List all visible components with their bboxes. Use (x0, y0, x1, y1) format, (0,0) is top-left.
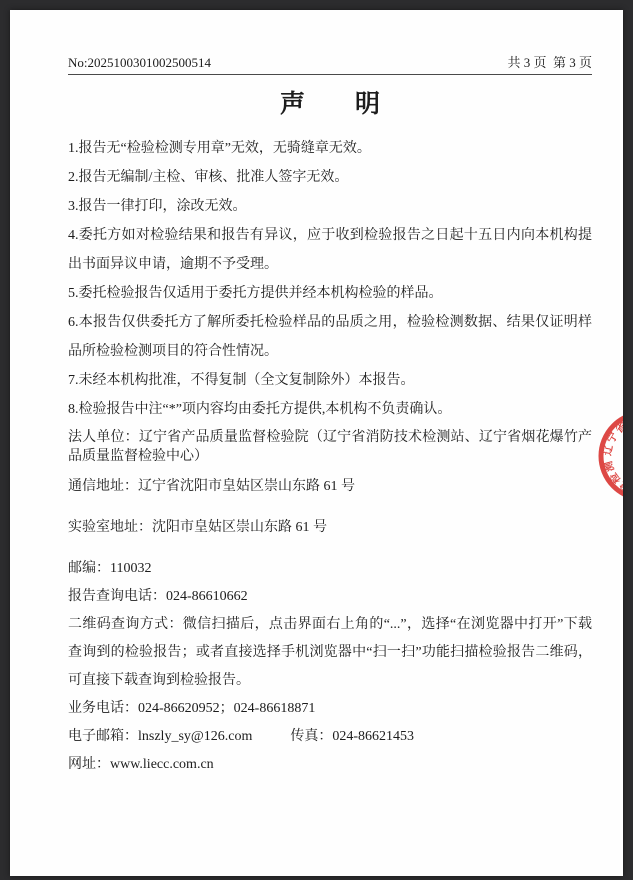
lab-address: 实验室地址：沈阳市皇姑区崇山东路 61 号 (68, 514, 592, 542)
email: 电子邮箱：lnszly_sy@126.com (68, 729, 252, 744)
postal-address: 通信地址：辽宁省沈阳市皇姑区崇山东路 61 号 (68, 473, 592, 501)
page-content: No:2025100301002500514 共 3 页 第 3 页 声 明 1… (10, 52, 623, 779)
page-title: 声 明 (68, 84, 592, 120)
statement-item: 8.检验报告中注“*”项内容均由委托方提供,本机构不负责确认。 (68, 395, 592, 424)
page-header: No:2025100301002500514 共 3 页 第 3 页 (68, 52, 592, 75)
statement-item: 4.委托方如对检验结果和报告有异议，应于收到检验报告之日起十五日内向本机构提出书… (68, 221, 592, 279)
report-page: No:2025100301002500514 共 3 页 第 3 页 声 明 1… (10, 10, 623, 876)
statement-item: 6.本报告仅供委托方了解所委托检验样品的品质之用，检验检测数据、结果仅证明样品所… (68, 308, 592, 366)
legal-entity: 法人单位：辽宁省产品质量监督检验院（辽宁省消防技术检测站、辽宁省烟花爆竹产品质量… (68, 428, 592, 466)
statement-item: 1.报告无“检验检测专用章”无效，无骑缝章无效。 (68, 134, 592, 163)
statement-item: 5.委托检验报告仅适用于委托方提供并经本机构检验的样品。 (68, 279, 592, 308)
business-phone: 业务电话：024-86620952；024-86618871 (68, 695, 592, 723)
zip-code: 邮编：110032 (68, 555, 592, 583)
contact-info-block: 法人单位：辽宁省产品质量监督检验院（辽宁省消防技术检测站、辽宁省烟花爆竹产品质量… (68, 428, 592, 779)
statement-item: 7.未经本机构批准，不得复制（全文复制除外）本报告。 (68, 366, 592, 395)
fax: 传真：024-86621453 (290, 729, 414, 744)
report-query-phone: 报告查询电话：024-86610662 (68, 583, 592, 611)
red-seal-icon: 辽宁省产品质量监督检验院（检验检测专用章） (596, 408, 623, 504)
page-count: 共 3 页 第 3 页 (507, 52, 592, 71)
qr-query-method: 二维码查询方式：微信扫描后，点击界面右上角的“...”，选择“在浏览器中打开”下… (68, 611, 592, 695)
statement-item: 2.报告无编制/主检、审核、批准人签字无效。 (68, 163, 592, 192)
statement-item: 3.报告一律打印，涂改无效。 (68, 192, 592, 221)
website: 网址：www.liecc.com.cn (68, 751, 592, 779)
email-fax-line: 电子邮箱：lnszly_sy@126.com传真：024-86621453 (68, 723, 592, 751)
report-number: No:2025100301002500514 (68, 55, 211, 71)
statement-list: 1.报告无“检验检测专用章”无效，无骑缝章无效。 2.报告无编制/主检、审核、批… (68, 134, 592, 424)
